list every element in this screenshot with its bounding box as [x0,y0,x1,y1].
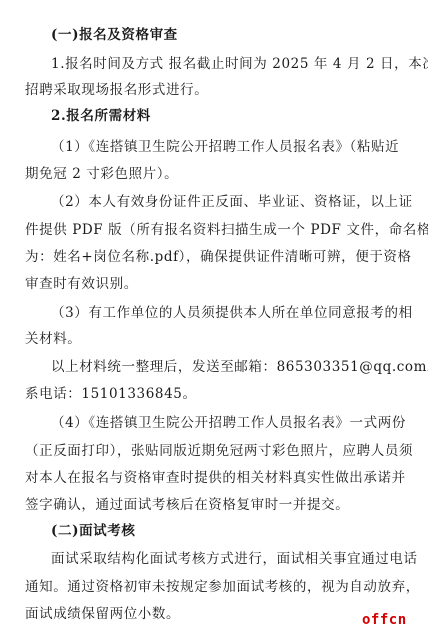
sub4-line-1: （4）《连搭镇卫生院公开招聘工作人员报名表》一式两份 [51,415,406,431]
section2-heading: (二)面试考核 [51,523,135,539]
sub3-line-1: （3）有工作单位的人员须提供本人所在单位同意报考的相 [51,305,413,321]
watermark-logo: offcn [362,612,407,628]
sub4-line-2: （正反面打印），张贴同版近期免冠两寸彩色照片，应聘人员须 [25,443,413,459]
item1-line-2: 招聘采取现场报名形式进行。 [25,82,208,98]
submission-line-2: 系电话：15101336845。 [25,386,197,402]
item1-line-1: 1.报名时间及方式 报名截止时间为 2025 年 4 月 2 日，本次 [51,56,428,72]
submission-line-1: 以上材料统一整理后，发送至邮箱：865303351@qq.com。联 [51,359,428,375]
section1-heading: (一)报名及资格审查 [51,27,178,43]
section2-line-3: 面试成绩保留两位小数。 [25,606,180,622]
sub2-line-1: （2）本人有效身份证件正反面、毕业证、资格证，以上证 [51,194,413,210]
sub3-line-2: 关材料。 [25,331,81,347]
sub1-line-2: 期免冠 2 寸彩色照片）。 [25,166,178,182]
section2-line-1: 面试采取结构化面试考核方式进行，面试相关事宜通过电话 [51,551,418,567]
item2-heading: 2.报名所需材料 [51,108,151,124]
sub2-line-4: 审查时有效识别。 [25,276,138,292]
sub4-line-3: 对本人在报名与资格审查时提供的相关材料真实性做出承诺并 [25,470,406,486]
sub2-line-3: 为：姓名+岗位名称.pdf），确保提供证件清晰可辨，便于资格 [25,249,412,265]
document-page: (一)报名及资格审查 1.报名时间及方式 报名截止时间为 2025 年 4 月 … [0,0,428,636]
sub1-line-1: （1）《连搭镇卫生院公开招聘工作人员报名表》（粘贴近 [51,139,399,155]
section2-line-2: 通知。通过资格初审未按规定参加面试考核的，视为自动放弃， [25,579,420,595]
sub2-line-2: 件提供 PDF 版（所有报名资料扫描生成一个 PDF 文件，命名格式 [25,222,428,238]
sub4-line-4: 签字确认，通过面试考核后在资格复审时一并提交。 [25,497,349,513]
